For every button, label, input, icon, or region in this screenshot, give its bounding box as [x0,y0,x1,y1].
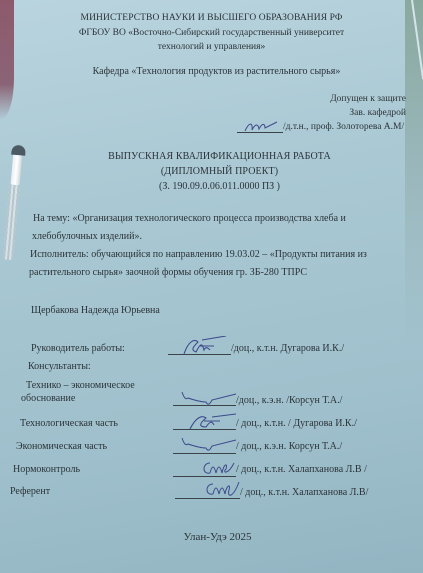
consultant-signer: /доц., к.э.н. /Корсун Т.А./ [236,395,342,406]
consultant-signer: / доц., к.т.н. / Дугарова И.К./ [236,418,357,429]
consultant-label-economic: Экономическая часть [16,441,107,452]
consultant-signature [200,459,236,477]
consultant-signer: / доц., к.т.н. Халапханова Л.В / [236,464,367,475]
department-name: Кафедра «Технология продуктов из растите… [5,66,423,77]
city-year: Улан-Удэ 2025 [6,531,423,543]
head-signature [243,118,279,134]
ministry-heading: МИНИСТЕРСТВО НАУКИ И ВЫСШЕГО ОБРАЗОВАНИЯ… [0,13,423,23]
consultant-label-economic-justification: Технико – экономическое [26,380,135,391]
consultant-label-referee: Референт [10,486,50,497]
student-name: Щербакова Надежда Юрьевна [31,305,160,316]
thesis-subtitle: (ДИПЛОМНЫЙ ПРОЕКТ) [8,166,423,177]
head-of-department-label: Зав. кафедрой [349,108,406,118]
admitted-label: Допущен к защите [330,94,406,104]
consultant-label-norm-control: Нормоконтроль [13,464,80,475]
executor-line-2: растительного сырья» заочной формы обуче… [29,267,307,278]
consultant-signer: / доц., к.т.н. Халапханова Л.В/ [240,487,368,498]
thesis-title-page: МИНИСТЕРСТВО НАУКИ И ВЫСШЕГО ОБРАЗОВАНИЯ… [0,0,423,573]
topic-line-1: На тему: «Организация технологического п… [33,213,346,224]
consultants-label: Консультанты: [28,361,91,372]
supervisor-label: Руководитель работы: [31,343,125,354]
executor-line-1: Исполнитель: обучающийся по направлению … [30,249,367,260]
consultant-signature [203,480,241,500]
consultant-signature [180,436,238,454]
consultant-signature [188,413,238,431]
document-code: (З. 190.09.0.06.011.0000 ПЗ ) [8,181,423,192]
thesis-type-title: ВЫПУСКНАЯ КВАЛИФИКАЦИОННАЯ РАБОТА [8,151,423,162]
topic-line-2: хлебобулочных изделий». [32,231,142,242]
consultant-signature [180,390,238,408]
consultant-label-economic-justification-2: обоснование [21,393,75,404]
supervisor-signature [180,336,228,358]
university-line-2: технологий и управления» [0,42,423,52]
university-line-1: ФГБОУ ВО «Восточно-Сибирский государстве… [0,28,423,38]
supervisor-signer: /доц., к.т.н. Дугарова И.К./ [231,343,344,354]
head-signer: /д.т.н., проф. Золоторева А.М/ [283,122,404,132]
consultant-signer: / доц., к.э.н. Корсун Т.А./ [236,441,342,452]
consultant-label-technological: Технологическая часть [20,418,118,429]
